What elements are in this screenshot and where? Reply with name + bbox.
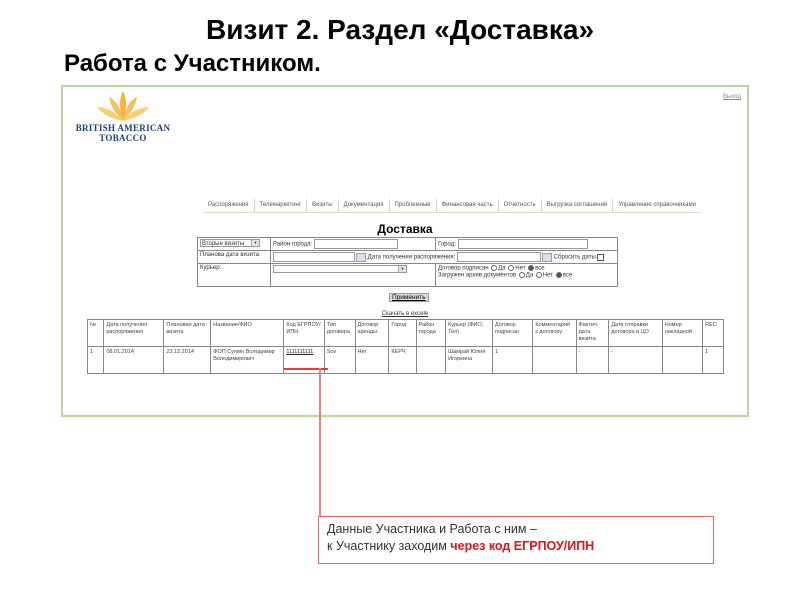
archive-loaded-radio-yes[interactable] [519,272,525,278]
exit-link[interactable]: Выход [723,94,741,100]
city-district-label: Район города: [273,242,312,248]
table-cell: Sov [324,347,355,374]
column-header: Плановая дата визита [164,320,211,347]
archive-loaded-radio-all[interactable] [556,272,562,278]
column-header: Город [389,320,416,347]
received-date-input[interactable] [457,252,541,262]
logo-line-2: TOBACCO [71,133,175,143]
highlight-underline [284,368,328,370]
table-cell: ФОП Сулвін Володимир Володимирович [211,347,284,374]
nav-orders[interactable]: Распоряжения [203,199,255,212]
egrpou-code-link[interactable]: 1111111111 [286,349,313,355]
column-header: Тип договора [324,320,355,347]
main-nav: Распоряжения Телемаркетинг Визиты Докуме… [203,199,701,213]
column-header: Код ЕГРПОУ/ ИПН [284,320,324,347]
courier-select[interactable]: ▼ [273,265,407,273]
callout-connector-line [319,368,321,516]
radio-label-no: Нет [515,266,525,272]
planned-date-input[interactable] [273,252,355,262]
nav-finance[interactable]: Финансовая часть [437,199,499,212]
radio-label-yes: Да [526,272,533,278]
annotation-line-2: к Участнику заходим [327,539,450,553]
nav-visits[interactable]: Визиты [307,199,339,212]
table-cell: 23.12.2014 [164,347,211,374]
radio-label-all: все [535,266,544,272]
table-cell: Шамрай Юлия Игоревна [446,347,493,374]
radio-label-no: Нет [543,272,553,278]
nav-documentation[interactable]: Документация [339,199,390,212]
delivery-table: №Дата получения распоряженияПлановая дат… [87,319,724,374]
table-cell: 1 [88,347,104,374]
planned-date-label: Планова дата визита: [200,252,261,258]
table-cell: - [609,347,662,374]
calendar-icon[interactable] [356,253,366,262]
slide-title: Визит 2. Раздел «Доставка» [0,14,800,46]
table-cell: КЕРЧ [389,347,416,374]
column-header: Курьер (ФИО, Тел) [446,320,493,347]
nav-problems[interactable]: Проблемные [390,199,437,212]
table-header-row: №Дата получения распоряженияПлановая дат… [88,320,724,347]
nav-agreements-export[interactable]: Выгрузка соглашений [542,199,614,212]
apply-button[interactable]: Применить [389,293,429,302]
table-cell: Нет [355,347,389,374]
annotation-highlight: через код ЕГРПОУ/ИПН [450,539,594,553]
column-header: Дата отправки договора в ЦО [609,320,662,347]
visit-type-select-value: Вторые визиты [202,241,244,247]
annotation-line-1: Данные Участника и Работа с ним – [327,521,705,538]
table-row: 108.01.201423.12.2014ФОП Сулвін Володими… [88,347,724,374]
contract-signed-radio-no[interactable] [508,265,514,271]
radio-label-yes: Да [498,266,505,272]
received-date-label: Дата получения распоряжения: [368,255,456,261]
table-cell [416,347,445,374]
contract-signed-radio-yes[interactable] [491,265,497,271]
nav-reports[interactable]: Отчетность [499,199,542,212]
page-heading: Доставка [63,222,747,236]
column-header: Договор подписан [492,320,532,347]
column-header: Район города [416,320,445,347]
slide-subtitle: Работа с Участником. [64,50,321,78]
courier-label: Курьер: [200,265,221,271]
nav-telemarketing[interactable]: Телемаркетинг [255,199,308,212]
column-header: № [88,320,104,347]
chevron-down-icon: ▼ [398,266,406,272]
filter-form: Вторые визиты▼ Район города: Город: План… [197,237,618,287]
table-cell: 1 [492,347,532,374]
city-label: Город: [438,242,456,248]
contract-signed-label: Договор подписан [438,266,489,272]
leaf-icon [93,89,153,123]
table-cell: 1 [703,347,724,374]
table-cell: 08.01.2014 [104,347,164,374]
table-cell: - [576,347,609,374]
column-header: Название/ФИО [211,320,284,347]
column-header: Договор аренды [355,320,389,347]
city-district-input[interactable] [314,239,398,249]
reset-dates-checkbox[interactable] [597,254,604,261]
column-header: Фактич. дата визита [576,320,609,347]
bat-logo: BRITISH AMERICAN TOBACCO [71,89,175,145]
archive-loaded-radio-no[interactable] [536,272,542,278]
app-screenshot-frame: BRITISH AMERICAN TOBACCO Выход Распоряже… [61,85,749,417]
column-header: Комментарий к договору [533,320,576,347]
download-excel-link[interactable]: Скачать в excele [63,311,747,317]
radio-label-all: все [563,272,572,278]
table-cell [662,347,702,374]
city-input[interactable] [458,239,588,249]
reset-dates-label: Сбросить даты [554,255,596,261]
archive-loaded-label: Загружен архив документов [438,272,516,278]
nav-reference-management[interactable]: Управление справочниками [613,199,701,212]
logo-line-1: BRITISH AMERICAN [71,123,175,133]
column-header: Дата получения распоряжения [104,320,164,347]
column-header: Номер накладной [662,320,702,347]
column-header: REC [703,320,724,347]
chevron-down-icon: ▼ [251,240,259,246]
table-cell [533,347,576,374]
calendar-icon[interactable] [542,253,552,262]
visit-type-select[interactable]: Вторые визиты▼ [200,239,260,247]
contract-signed-radio-all[interactable] [528,265,534,271]
annotation-callout: Данные Участника и Работа с ним – к Учас… [318,516,714,564]
